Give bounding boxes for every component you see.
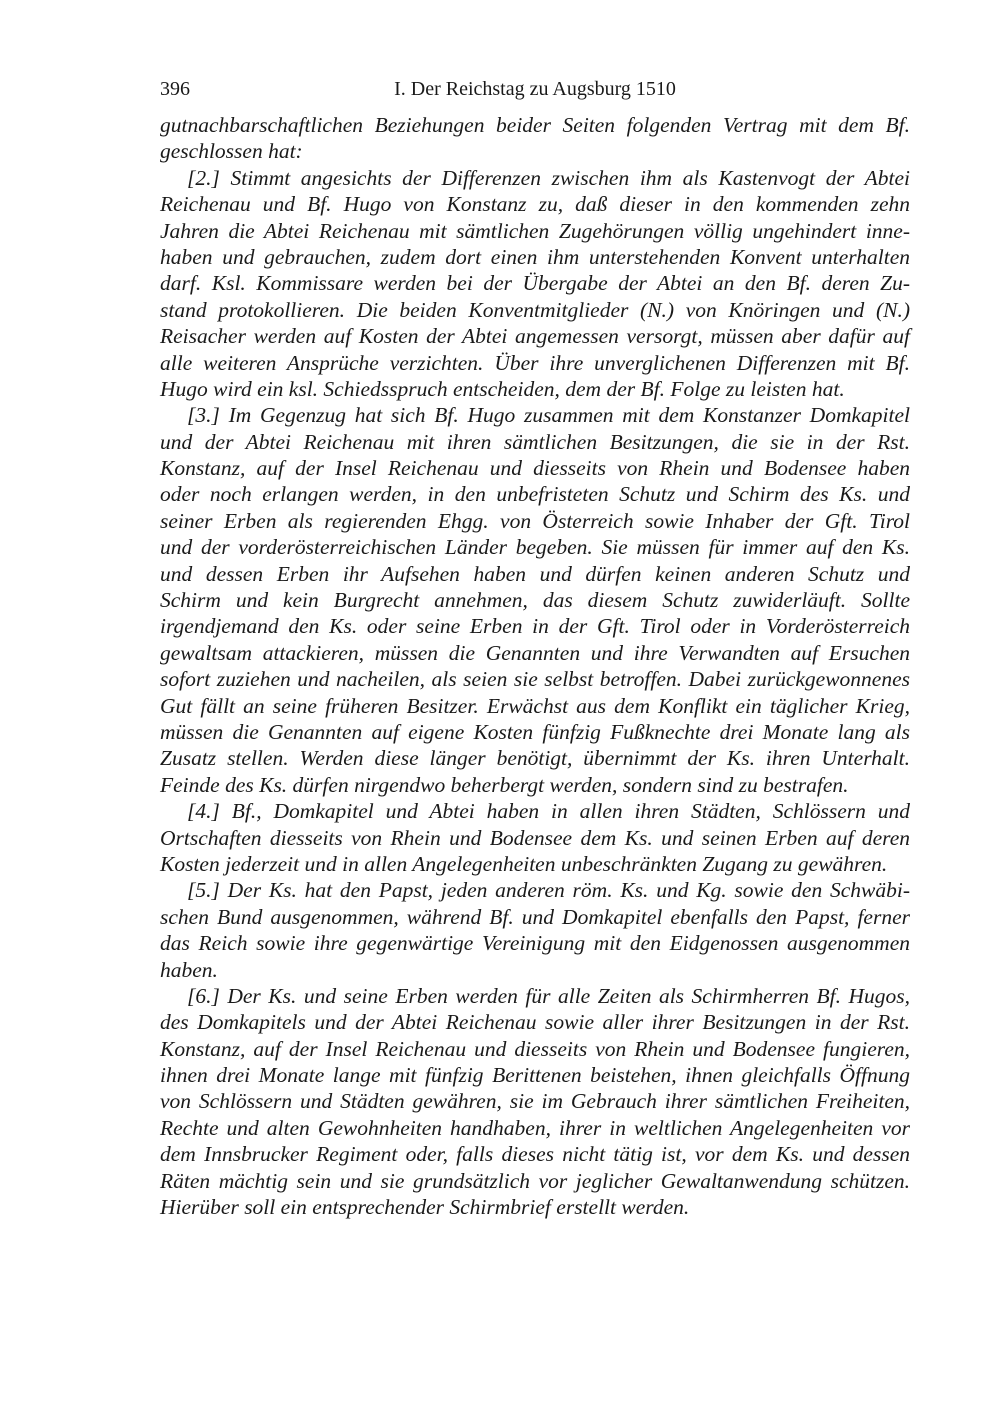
text-line: [4.] Bf., Domkapitel und Abtei haben in … [160, 798, 910, 824]
text-line: sofort zuziehen und nacheilen, als seien… [160, 666, 910, 692]
text-line: dem Innsbrucker Regiment oder, falls die… [160, 1141, 910, 1167]
text-line: Kosten jederzeit und in allen Angelegenh… [160, 851, 910, 877]
text-line: Räten mächtig sein und sie grundsätzlich… [160, 1168, 910, 1194]
paragraph: [2.] Stimmt angesichts der Differenzen z… [160, 165, 910, 403]
text-line: Konstanz, auf der Insel Reichenau und di… [160, 1036, 910, 1062]
text-line: Zusatz stellen. Werden diese länger benö… [160, 745, 910, 771]
book-page: 396 I. Der Reichstag zu Augsburg 1510 gu… [160, 78, 910, 1220]
paragraph: [4.] Bf., Domkapitel und Abtei haben in … [160, 798, 910, 877]
text-line: seiner Erben als regierenden Ehgg. von Ö… [160, 508, 910, 534]
text-line: haben und gebrauchen, zudem dort einen i… [160, 244, 910, 270]
text-line: müssen die Genannten auf eigene Kosten f… [160, 719, 910, 745]
text-line: und der vorderösterreichischen Länder be… [160, 534, 910, 560]
text-line: oder noch erlangen werden, in den unbefr… [160, 481, 910, 507]
text-line: alle weiteren Ansprüche verzichten. Über… [160, 350, 910, 376]
text-line: ihnen drei Monate lange mit fünfzig Beri… [160, 1062, 910, 1088]
paragraph: [6.] Der Ks. und seine Erben werden für … [160, 983, 910, 1221]
body-text: gutnachbarschaftlichen Beziehungen beide… [160, 112, 910, 1220]
paragraph: gutnachbarschaftlichen Beziehungen beide… [160, 112, 910, 165]
text-line: und der Abtei Reichenau mit ihren sämtli… [160, 429, 910, 455]
text-line: Schirm und kein Burgrecht annehmen, das … [160, 587, 910, 613]
text-line: [5.] Der Ks. hat den Papst, jeden andere… [160, 877, 910, 903]
text-line: gutnachbarschaftlichen Beziehungen beide… [160, 112, 910, 138]
running-title: I. Der Reichstag zu Augsburg 1510 [160, 78, 910, 101]
text-line: irgendjemand den Ks. oder seine Erben in… [160, 613, 910, 639]
text-line: haben. [160, 957, 910, 983]
text-line: Reisacher werden auf Kosten der Abtei an… [160, 323, 910, 349]
text-line: Hierüber soll ein entsprechender Schirmb… [160, 1194, 910, 1220]
text-line: Feinde des Ks. dürfen nirgendwo beherber… [160, 772, 910, 798]
text-line: Gut fällt an seine früheren Besitzer. Er… [160, 693, 910, 719]
text-line: Reichenau und Bf. Hugo von Konstanz zu, … [160, 191, 910, 217]
text-line: schen Bund ausgenommen, während Bf. und … [160, 904, 910, 930]
text-line: [3.] Im Gegenzug hat sich Bf. Hugo zusam… [160, 402, 910, 428]
text-line: gewaltsam attackieren, müssen die Genann… [160, 640, 910, 666]
paragraph: [3.] Im Gegenzug hat sich Bf. Hugo zusam… [160, 402, 910, 798]
paragraph: [5.] Der Ks. hat den Papst, jeden andere… [160, 877, 910, 983]
text-line: stand protokollieren. Die beiden Konvent… [160, 297, 910, 323]
text-line: Jahren die Abtei Reichenau mit sämtliche… [160, 218, 910, 244]
text-line: des Domkapitels und der Abtei Reichenau … [160, 1009, 910, 1035]
text-line: das Reich sowie ihre gegenwärtige Verein… [160, 930, 910, 956]
text-line: darf. Ksl. Kommissare werden bei der Übe… [160, 270, 910, 296]
text-line: geschlossen hat: [160, 138, 910, 164]
running-head: 396 I. Der Reichstag zu Augsburg 1510 [160, 78, 910, 112]
text-line: Konstanz, auf der Insel Reichenau und di… [160, 455, 910, 481]
text-line: Ortschaften diesseits von Rhein und Bode… [160, 825, 910, 851]
text-line: Hugo wird ein ksl. Schiedsspruch entsche… [160, 376, 910, 402]
text-line: von Schlössern und Städten gewähren, sie… [160, 1088, 910, 1114]
text-line: [2.] Stimmt angesichts der Differenzen z… [160, 165, 910, 191]
text-line: [6.] Der Ks. und seine Erben werden für … [160, 983, 910, 1009]
text-line: Rechte und alten Gewohnheiten handhaben,… [160, 1115, 910, 1141]
text-line: und dessen Erben ihr Aufsehen haben und … [160, 561, 910, 587]
